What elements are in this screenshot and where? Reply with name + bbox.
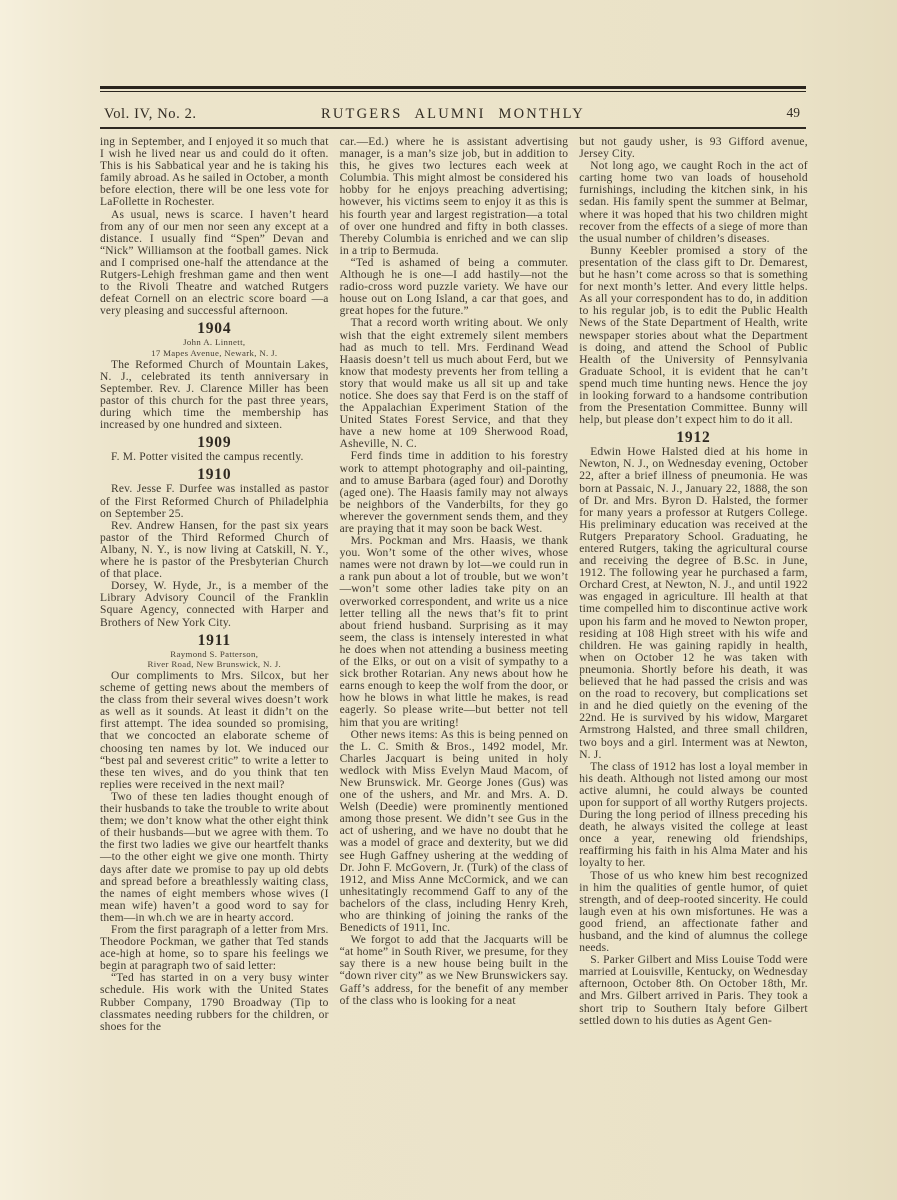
- paragraph: S. Parker Gilbert and Miss Louise Todd w…: [579, 954, 808, 1027]
- scanned-magazine-page: Vol. IV, No. 2. RUTGERS ALUMNI MONTHLY 4…: [0, 0, 897, 1200]
- top-rule-thin: [100, 91, 806, 92]
- column-2: car.—Ed.) where he is assistant advertis…: [340, 136, 569, 1033]
- class-secretary-1904: John A. Linnett, 17 Mapes Avenue, Newark…: [100, 337, 329, 357]
- secretary-name: Raymond S. Patterson,: [100, 649, 329, 659]
- paragraph: F. M. Potter visited the campus recently…: [100, 451, 329, 463]
- paragraph: We forgot to add that the Jacquarts will…: [340, 934, 569, 1007]
- paragraph: ing in September, and I enjoyed it so mu…: [100, 136, 329, 209]
- paragraph: The Reformed Church of Mountain Lakes, N…: [100, 359, 329, 432]
- masthead: Vol. IV, No. 2. RUTGERS ALUMNI MONTHLY 4…: [100, 86, 806, 129]
- paragraph: That a record worth writing about. We on…: [340, 317, 569, 450]
- paragraph: Mrs. Pockman and Mrs. Haasis, we thank y…: [340, 535, 569, 729]
- paragraph: Rev. Andrew Hansen, for the past six yea…: [100, 520, 329, 580]
- column-1: ing in September, and I enjoyed it so mu…: [100, 136, 329, 1033]
- paragraph: “Ted has started in on a very busy winte…: [100, 972, 329, 1032]
- journal-title: RUTGERS ALUMNI MONTHLY: [100, 106, 806, 123]
- paragraph: Those of us who knew him best recognized…: [579, 870, 808, 955]
- top-rule-thick: [100, 86, 806, 89]
- paragraph: Rev. Jesse F. Durfee was installed as pa…: [100, 483, 329, 519]
- paragraph: car.—Ed.) where he is assistant advertis…: [340, 136, 569, 257]
- secretary-name: John A. Linnett,: [100, 337, 329, 347]
- paragraph: Two of these ten ladies thought enough o…: [100, 791, 329, 924]
- paragraph: “Ted is ashamed of being a commuter. Alt…: [340, 257, 569, 317]
- class-year-heading-1910: 1910: [100, 466, 329, 483]
- masthead-bottom-rule: [100, 127, 806, 129]
- paragraph: but not gaudy usher, is 93 Gifford avenu…: [579, 136, 808, 160]
- class-secretary-1911: Raymond S. Patterson, River Road, New Br…: [100, 649, 329, 669]
- page-number: 49: [787, 105, 801, 121]
- paragraph: Not long ago, we caught Roch in the act …: [579, 160, 808, 245]
- paragraph: From the first paragraph of a letter fro…: [100, 924, 329, 972]
- paragraph: Other news items: As this is being penne…: [340, 729, 569, 935]
- paragraph: The class of 1912 has lost a loyal membe…: [579, 761, 808, 870]
- page-content: ing in September, and I enjoyed it so mu…: [100, 136, 808, 1033]
- class-year-heading-1909: 1909: [100, 434, 329, 451]
- class-year-heading-1912: 1912: [579, 429, 808, 446]
- paragraph: As usual, news is scarce. I haven’t hear…: [100, 209, 329, 318]
- paragraph: Bunny Keebler promised a story of the pr…: [579, 245, 808, 426]
- paragraph: Dorsey, W. Hyde, Jr., is a member of the…: [100, 580, 329, 628]
- class-year-heading-1904: 1904: [100, 320, 329, 337]
- class-year-heading-1911: 1911: [100, 632, 329, 649]
- paragraph: Our compliments to Mrs. Silcox, but her …: [100, 670, 329, 791]
- column-3: but not gaudy usher, is 93 Gifford avenu…: [579, 136, 808, 1033]
- secretary-address: River Road, New Brunswick, N. J.: [100, 659, 329, 669]
- secretary-address: 17 Mapes Avenue, Newark, N. J.: [100, 348, 329, 358]
- paragraph: Edwin Howe Halsted died at his home in N…: [579, 446, 808, 760]
- paragraph: Ferd finds time in addition to his fores…: [340, 450, 569, 535]
- masthead-row: Vol. IV, No. 2. RUTGERS ALUMNI MONTHLY 4…: [100, 97, 806, 127]
